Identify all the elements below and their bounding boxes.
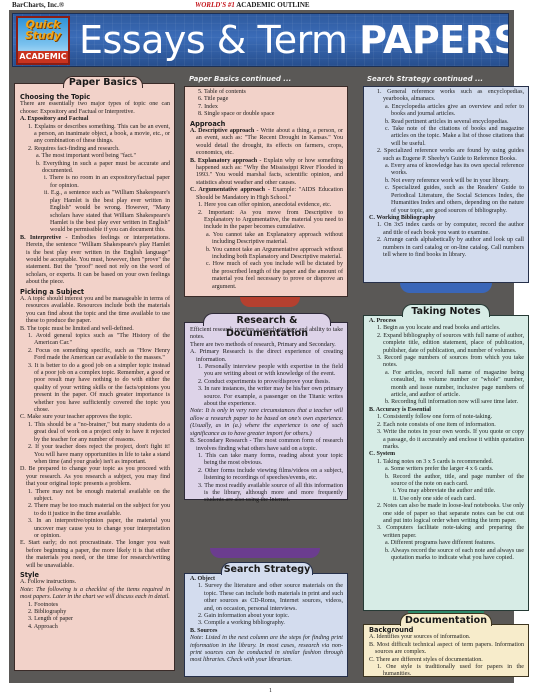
outline-item: 1. Begin as you locate and read books an… (369, 325, 524, 332)
outline-item: 1. Survey the literature and other sourc… (190, 583, 343, 613)
outline-item: A. Expository and Factual (20, 116, 170, 123)
outline-item: 2. Focus on something specific, such as … (20, 348, 170, 363)
outline-item: 1. There may not be enough material avai… (20, 489, 170, 504)
outline-item: 3. In rare instances, the writer may be … (190, 386, 343, 408)
outline-item: 1. Taking notes on 3 x 5 cards is recomm… (369, 459, 524, 466)
checklist-item: 3. Length of paper (20, 616, 170, 623)
outline-item: 2. Specialized reference works are found… (369, 148, 524, 163)
outline-item: 1. General reference works such as encyc… (369, 89, 524, 104)
paper-basics-continued-panel: 5. Table of contents 6. Title page 7. In… (184, 86, 348, 297)
tagline-text: ACADEMIC OUTLINE (235, 1, 310, 9)
outline-item: 2. Conduct experiments to prove/disprove… (190, 379, 343, 386)
outline-item: A. Object (190, 576, 343, 583)
outline-label: A. Descriptive approach (190, 128, 254, 134)
outline-item: A. Process (369, 318, 524, 325)
outline-item: C. Make sure your teacher approves the t… (20, 414, 170, 421)
subheading: Style (20, 572, 170, 579)
outline-item: 2. Arrange cards alphabetically by autho… (369, 237, 524, 259)
outline-item: A. Follow instructions. (20, 579, 170, 586)
outline-item: B. Most difficult technical aspect of te… (369, 642, 524, 657)
title-banner: QuickStudy ACADEMIC Essays & Term PAPERS (12, 13, 509, 67)
outline-item: 2. Important: As you move from Descripti… (190, 210, 343, 232)
outline-item: 2. Gain information about your topic. (190, 613, 343, 620)
subheading: Approach (190, 121, 343, 128)
subheading: Picking a Subject (20, 289, 170, 296)
outline-label: C. Argumentative approach (190, 187, 265, 193)
outline-item: a. Some writers prefer the larger 4 x 6 … (369, 466, 524, 473)
outline-item: 1. Here you can offer opinion, anecdotal… (190, 202, 343, 209)
outline-item: b. You cannot take an Argumentative appr… (190, 247, 343, 262)
outline-item: b. Recording full information now will s… (369, 399, 524, 406)
outline-item: 1. Explains or describes something. This… (20, 124, 170, 146)
outline-item: 1. Personally interview people with expe… (190, 364, 343, 379)
outline-item: 2. Expand bibliography of sources with f… (369, 333, 524, 355)
section-heading: Research & Documentation (203, 313, 331, 326)
outline-item: 3. Computers facilitate note-taking and … (369, 525, 524, 540)
section-heading: Documentation (400, 613, 492, 626)
note: Note: The following is a checklist of th… (20, 587, 170, 602)
outline-item: a. Encyclopedia articles give an overvie… (369, 104, 524, 119)
outline-item: b. Always record the source of each note… (369, 548, 524, 563)
outline-item: A. Identifies your sources of informatio… (369, 634, 524, 641)
checklist-item: 5. Table of contents (190, 89, 343, 96)
search-strategy-continued-panel: 1. General reference works such as encyc… (363, 86, 529, 283)
paper-basics-panel: Paper Basics Choosing the Topic There ar… (14, 83, 175, 671)
outline-item: 3. Write the notes in your own words. If… (369, 429, 524, 451)
panel-decor (400, 283, 492, 293)
checklist-item: 1. Footnotes (20, 602, 170, 609)
panel-decor (240, 297, 300, 307)
outline-item: B. The topic must be limited and well-de… (20, 326, 170, 333)
outline-item: A. A topic should interest you and be ma… (20, 296, 170, 326)
logo-badge: ACADEMIC (18, 51, 68, 63)
checklist-item: 8. Single space or double space (190, 111, 343, 118)
note: Note: Listed in the next column are the … (190, 635, 343, 665)
outline-item: C. There are different styles of documen… (369, 657, 524, 664)
outline-item: a. Every area of knowledge has its own s… (369, 163, 524, 178)
checklist-item: 6. Title page (190, 96, 343, 103)
outline-item: c. Specialized guides, such as the Reade… (369, 185, 524, 215)
paragraph: There are essentially two major types of… (20, 101, 170, 116)
outline-item: 3. Record page numbers of sources from w… (369, 355, 524, 370)
outline-item: ii. E.g., a sentence such as "William Sh… (20, 190, 170, 234)
outline-item: b. Not every reference work will be in y… (369, 178, 524, 185)
page-number: 1 (0, 688, 541, 694)
top-header-line: BarCharts, Inc.® WORLD'S #1 ACADEMIC OUT… (0, 0, 541, 10)
outline-item: 2. Each note consists of one item of inf… (369, 422, 524, 429)
outline-item: 3. The most readily available source of … (190, 483, 343, 505)
outline-item: C. System (369, 451, 524, 458)
outline-item: b. Read pertinent articles in several en… (369, 119, 524, 126)
outline-item: b. Record the author, title, and page nu… (369, 474, 524, 489)
section-heading: Taking Notes (402, 304, 490, 317)
panel-decor (210, 548, 320, 558)
outline-item: C. Working Bibliography (369, 215, 524, 222)
outline-item: A. Primary Research is the direct experi… (190, 349, 343, 364)
outline-item: 2. If your teacher does reject the proje… (20, 444, 170, 466)
outline-item: 3. In an interpretive/opinion paper, the… (20, 518, 170, 540)
checklist-item: 7. Index (190, 104, 343, 111)
outline-item: a. The most important word being "fact." (20, 153, 170, 160)
tagline: WORLD'S #1 ACADEMIC OUTLINE (195, 1, 310, 9)
outline-item: 2. Notes can also be made in loose-leaf … (369, 503, 524, 525)
outline-item: 2. There may be too much material on the… (20, 503, 170, 518)
outline-item: a. For articles, record full name of mag… (369, 370, 524, 400)
outline-item: 1. This should be a "no-brainer," but ma… (20, 422, 170, 444)
outline-item: 2. Other forms include viewing films/vid… (190, 468, 343, 483)
continued-heading: Paper Basics continued ... (189, 75, 291, 83)
outline-item: 1. This can take many forms, reading abo… (190, 453, 343, 468)
outline-label: B. Explanatory approach (190, 158, 257, 164)
outline-item: 1. Consistently follow one form of note-… (369, 414, 524, 421)
section-heading: Paper Basics (63, 76, 143, 88)
note: Note: It is only in very rare circumstan… (190, 408, 343, 438)
outline-item: c. Take note of the citations of books a… (369, 126, 524, 148)
outline-item: i. You may abbreviate the author and tit… (369, 488, 524, 495)
outline-item: c. How much of each you include will be … (190, 261, 343, 291)
outline-text: - Embodies feelings or interpretations. … (26, 235, 170, 285)
publisher-name: BarCharts, Inc.® (12, 1, 64, 9)
outline-item: B. Secondary Research - The most common … (190, 438, 343, 453)
outline-item: a. You cannot take an Explanatory approa… (190, 232, 343, 247)
outline-item: i. There is no room in an expository/fac… (20, 175, 170, 190)
outline-item: 1. Avoid general topics such as "The His… (20, 333, 170, 348)
quickstudy-logo: QuickStudy ACADEMIC (16, 16, 70, 65)
taking-notes-panel: Taking Notes A. Process 1. Begin as you … (363, 315, 529, 611)
checklist-item: 4. Approach (20, 624, 170, 631)
outline-item: 1. On 3x5 index cards or by computer, re… (369, 222, 524, 237)
outline-label: B. Interpretive (20, 235, 61, 241)
outline-item: b. Everything in such a paper must be ac… (20, 161, 170, 176)
outline-item: D. Be prepared to change your topic as y… (20, 466, 170, 488)
documentation-panel: Documentation Background A. Identifies y… (363, 624, 529, 677)
outline-item: 1. One style is traditionally used for p… (369, 664, 524, 679)
logo-wordmark: QuickStudy (20, 19, 66, 41)
outline-item: E. Start early; do not procrastinate. Th… (20, 540, 170, 570)
tagline-highlight: WORLD'S #1 (195, 1, 235, 9)
continued-heading: Search Strategy continued ... (367, 75, 483, 83)
research-documentation-panel: Research & Documentation Efficient resea… (184, 322, 348, 500)
outline-item: a. Different programs have different fea… (369, 540, 524, 547)
outline-item: 3. Compile a working bibliography. (190, 620, 343, 627)
search-strategy-panel: Search Strategy A. Object 1. Survey the … (184, 573, 348, 677)
page-title: Essays & Term PAPERS (79, 17, 509, 63)
section-heading: Search Strategy (221, 562, 313, 575)
outline-item: 3. It is better to do a good job on a si… (20, 363, 170, 415)
